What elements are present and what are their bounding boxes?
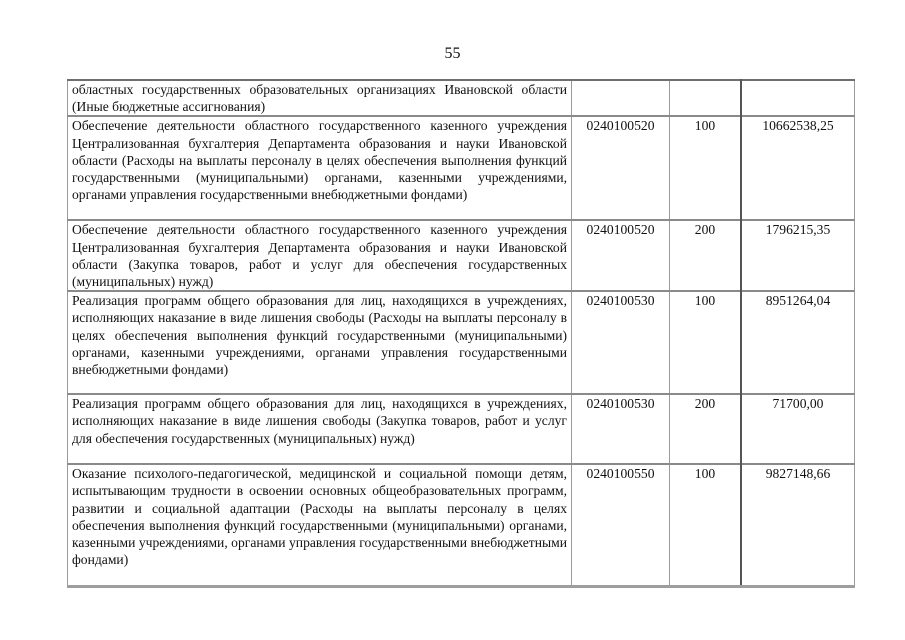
row-description: Реализация программ общего образования д… <box>68 394 572 464</box>
row-description: Оказание психолого-педагогической, медиц… <box>68 464 572 586</box>
row-amount: 1796215,35 <box>741 220 855 291</box>
row-code: 0240100550 <box>572 464 670 586</box>
table-row: Оказание психолого-педагогической, медиц… <box>68 464 855 586</box>
row-code: 0240100520 <box>572 220 670 291</box>
row-code: 0240100530 <box>572 291 670 394</box>
row-expense-type: 100 <box>670 464 742 586</box>
row-amount: 8951264,04 <box>741 291 855 394</box>
row-amount: 10662538,25 <box>741 116 855 220</box>
row-expense-type: 100 <box>670 116 742 220</box>
row-description: областных государственных образовательны… <box>68 80 572 116</box>
table-row: Обеспечение деятельности областного госу… <box>68 116 855 220</box>
table-row: Обеспечение деятельности областного госу… <box>68 220 855 291</box>
budget-table: областных государственных образовательны… <box>67 79 855 588</box>
row-expense-type: 200 <box>670 220 742 291</box>
table-row: областных государственных образовательны… <box>68 80 855 116</box>
row-amount <box>741 80 855 116</box>
row-expense-type: 100 <box>670 291 742 394</box>
row-code <box>572 80 670 116</box>
row-description: Обеспечение деятельности областного госу… <box>68 116 572 220</box>
description-text: областных государственных образовательны… <box>72 81 567 115</box>
page-number: 55 <box>0 45 905 63</box>
description-text: Реализация программ общего образования д… <box>72 292 567 378</box>
description-text: Оказание психолого-педагогической, медиц… <box>72 465 567 568</box>
row-expense-type: 200 <box>670 394 742 464</box>
row-description: Обеспечение деятельности областного госу… <box>68 220 572 291</box>
description-text: Реализация программ общего образования д… <box>72 395 567 447</box>
description-text: Обеспечение деятельности областного госу… <box>72 221 567 290</box>
row-code: 0240100520 <box>572 116 670 220</box>
row-amount: 9827148,66 <box>741 464 855 586</box>
row-description: Реализация программ общего образования д… <box>68 291 572 394</box>
row-amount: 71700,00 <box>741 394 855 464</box>
row-expense-type <box>670 80 742 116</box>
description-text: Обеспечение деятельности областного госу… <box>72 117 567 203</box>
table-row: Реализация программ общего образования д… <box>68 394 855 464</box>
table-row: Реализация программ общего образования д… <box>68 291 855 394</box>
row-code: 0240100530 <box>572 394 670 464</box>
